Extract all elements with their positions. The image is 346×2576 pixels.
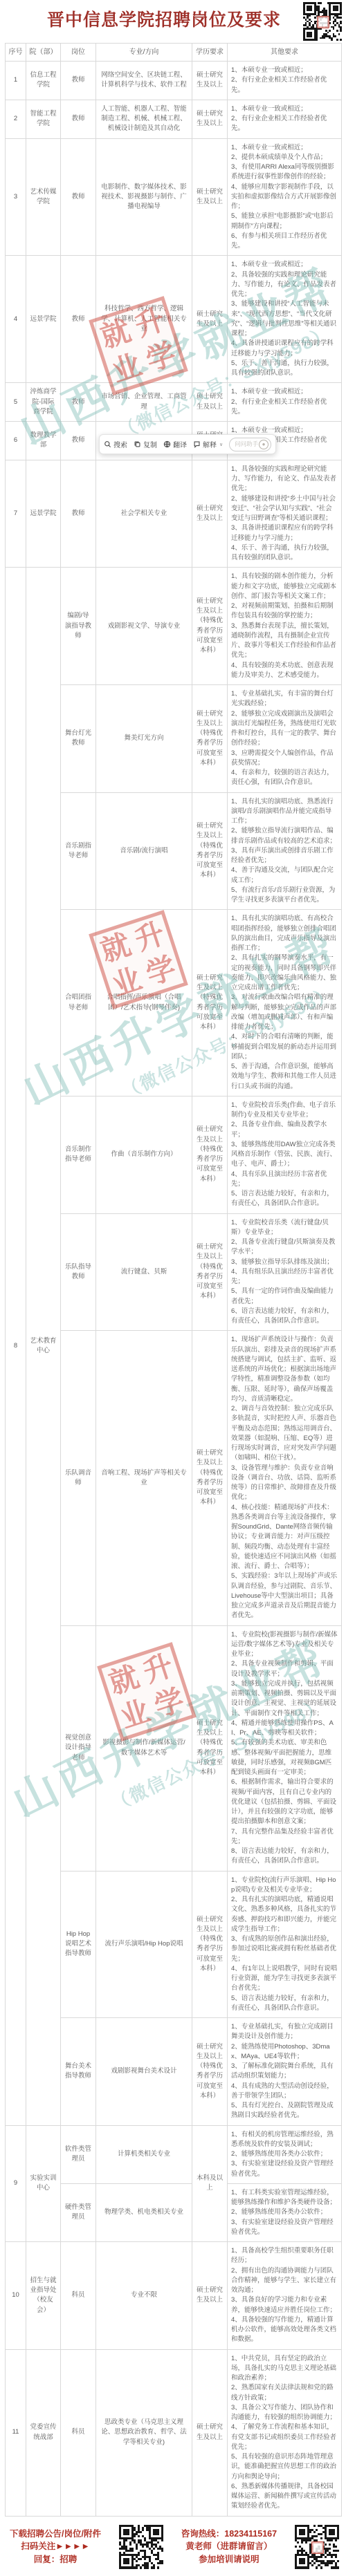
send-icon[interactable]: ● [259,440,268,449]
ask-ai-input[interactable]: 问问助手 ● [229,438,271,451]
toolbar-explain-button[interactable]: 解释 ∨ [193,439,223,449]
cell-requirements: 1、专业基础扎实，有丰富的舞台灯光实践经验；2、能够独立完成戏剧演出及演唱会演出… [228,685,342,793]
cell-edu: 硕士研究生及以上（特殊优秀者学历可放宽至本科） [192,2018,228,2126]
cell-no: 2 [6,100,26,138]
cell-position: 科员 [61,2349,96,2516]
cell-edu: 硕士研究生及以上 [192,100,228,138]
cell-position: 教师 [61,62,96,100]
cell-dept: 党委宣传统战部 [26,2349,61,2516]
cell-major: 思政类专业（马克思主义理论、思想政治教育、哲学、法学等相关专业) [96,2349,192,2516]
cell-no: 9 [6,2125,26,2242]
header-position: 岗位 [61,44,96,62]
cell-dept: 艺术传媒学院 [26,138,61,256]
footer-left-text: 下载招聘公告/岗位/附件 扫码关注►►►► 回复：招聘 [10,2528,101,2565]
table-row: 6 数理教学部 教师 搜索 复制 翻译 解释 [6,422,342,460]
cell-edu: 硕士研究生及以上 [192,138,228,256]
toolbar-explain-label: 解释 [203,439,217,449]
cell-major: 网络空间安全、区块链工程、计算机科学与技术、软件工程 [96,62,192,100]
cell-position: 教师 [61,422,96,460]
red-seal-icon [317,16,329,28]
cell-edu: 硕士研究生及以上（特殊优秀者学历可放宽至本科） [192,1096,228,1213]
cell-requirements: 1、本硕专业一致或相近；2、有行业企业相关工作经验者优先。 [228,62,342,100]
cell-dept: 信息工程学院 [26,62,61,100]
cell-position: 教师 [61,383,96,422]
cell-edu: 硕士研究生及以上（特殊优秀者学历可放宽至本科） [192,1213,228,1331]
cell-position: 音乐制作指导老师 [61,1096,96,1213]
cell-no: 10 [6,2242,26,2350]
cell-major: 科技哲学、西方哲学、逻辑学、计算机、人工智能相关专业 [96,256,192,383]
table-row: 1 信息工程学院 教师 网络空间安全、区块链工程、计算机科学与技术、软件工程 硕… [6,62,342,100]
cell-requirements: 1、现场扩声系统设计与操作：负责乐队演出、彩排及录音的现场扩声系统搭建与调试，包… [228,1331,342,1625]
cell-edu: 硕士研究生及以上 [192,460,228,568]
cell-edu: 硕士研究生及以上 [192,62,228,100]
cell-dept: 智能工程学院 [26,100,61,138]
footer-left-line3: 回复：招聘 [10,2553,101,2566]
cell-no: 8 [6,568,26,2125]
header-dept: 院（部） [26,44,61,62]
cell-edu: 硕士研究生及以上 [192,383,228,422]
cell-requirements: 1、具有扎实的演唱功底、熟悉流行演唱/音乐剧演唱作品并能完成指导工作；2、能够独… [228,792,342,910]
footer-left-line1: 下载招聘公告/岗位/附件 [10,2528,101,2540]
cell-position: 舞台美术指导教师 [61,2018,96,2126]
cell-position: 教师 [61,138,96,256]
table-row: 11 党委宣传统战部 科员 思政类专业（马克思主义理论、思想政治教育、哲学、法学… [6,2349,342,2516]
cell-position: 硬件类管理员 [61,2183,96,2241]
cell-edu: 硕士研究生及以上（特殊优秀者学历可放宽至本科） [192,568,228,685]
chevron-down-icon: ∨ [219,442,223,447]
cell-position: 舞台灯光教师 [61,685,96,793]
cell-no: 11 [6,2349,26,2516]
cell-major: 舞美灯光方向 [96,685,192,793]
cell-edu: 本科及以上 [192,2125,228,2242]
toolbar-translate-button[interactable]: 翻译 [163,439,187,449]
cell-requirements: 1、有相关的机房管理运维经验，熟悉系统及软件的安装及调试；2、能够熟练使用各类办… [228,2125,342,2183]
cell-edu: 硕士研究生及以上（特殊优秀者学历可放宽至本科） [192,685,228,793]
table-row: 4 远景学院 教师 科技哲学、西方哲学、逻辑学、计算机、人工智能相关专业 硕士研… [6,256,342,383]
cell-dept: 数理教学部 [26,422,61,460]
page-title: 晋中信息学院招聘岗位及要求 [47,6,281,31]
cell-edu: 硕士研究生及以上（特殊优秀者学历可放宽至本科） [192,1331,228,1625]
cell-requirements: 1、中共党员，具有坚定的政治立场，具备扎实的马克思主义理论基础和政治素养；2、熟… [228,2349,342,2516]
cell-requirements: 1、本硕专业一致或相近；2、有行业企业相关工作经验者优先。 [228,100,342,138]
toolbar-copy-button[interactable]: 复制 [134,439,157,449]
cell-edu: 硕士研究生及以上 [192,2349,228,2516]
table-row: 9 实验实训中心 软件类管理员 计算机类相关专业 本科及以上 1、有相关的机房管… [6,2125,342,2183]
cell-edu: 硕士研究生及以上 [192,256,228,383]
follow-qr-code [119,2525,163,2569]
header-no: 序号 [6,44,26,62]
footer: 下载招聘公告/岗位/附件 扫码关注►►►► 回复：招聘 咨询热线：1823411… [0,2517,346,2576]
cell-major: 电影制作、数字媒体技术、影视技术、影视摄影与制作、广播电视编导 [96,138,192,256]
search-icon [104,440,111,448]
header-education: 学历要求 [192,44,228,62]
cell-requirements: 1、专业基础扎实，有独立完成剧目舞美设计及创作能力；2、能熟练使用Photosh… [228,2018,342,2126]
cell-requirements: 1、有工科类实验室管理运维经验，能够熟练操作和维护各类硬件设备；2、能够熟练使用… [228,2183,342,2241]
cell-no: 1 [6,62,26,100]
cell-no: 4 [6,256,26,383]
cell-major: 影视摄影与制作/新媒体运营/数字媒体艺术等 [96,1625,192,1871]
cell-requirements: 1、专业院校音乐类（流行键盘/贝斯）专业毕业；2、具备专业流行键盘/贝斯演奏及教… [228,1213,342,1331]
announcement-qr-code [303,2,342,41]
cell-requirements: 1、专业院校音乐类(作曲、电子音乐制作)专业及相关专业毕业；2、具备专业作曲、编… [228,1096,342,1213]
translate-icon [163,440,171,448]
copy-icon [134,440,141,448]
footer-left-line2: 扫码关注►►►► [10,2540,101,2552]
cell-major: 人工智能、机器人工程、智能制造工程、机械、机械工程、机械设计制造及其自动化 [96,100,192,138]
cell-major: 音乐剧/流行演唱 [96,792,192,910]
toolbar-translate-label: 翻译 [173,439,187,449]
cell-position: 软件类管理员 [61,2125,96,2183]
contact-qr-code [295,2525,339,2569]
cell-requirements: 1、具有较强的剧本创作能力，分析能力和文字功底，能够独立完成剧本创作、部门报告等… [228,568,342,685]
cell-dept: 艺术教育中心 [26,568,61,2125]
cell-position: 教师 [61,256,96,383]
table-row: 2 智能工程学院 教师 人工智能、机器人工程、智能制造工程、机械、机械工程、机械… [6,100,342,138]
cell-position: 教师 [61,100,96,138]
cell-requirements: 1、本硕专业一致或相近；2、提供本硕成绩单及个人作品；3、有使用ARRI Ale… [228,138,342,256]
cell-position: 乐队指导教师 [61,1213,96,1331]
header-other: 其他要求 [228,44,342,62]
cell-position: Hip Hop说唱艺术指导教师 [61,1871,96,2018]
cell-position: 科员 [61,2242,96,2350]
red-seal-icon [311,2541,324,2554]
toolbar-search-label: 搜索 [113,439,127,449]
footer-contact: 黄老师（进群请留言） [181,2540,277,2552]
footer-hotline: 咨询热线：18234115167 [181,2528,277,2540]
cell-no: 7 [6,460,26,568]
cell-major: 作曲（音乐制作方向） [96,1096,192,1213]
cell-no: 6 [6,422,26,460]
cell-position: 编剧/导演指导教师 [61,568,96,685]
title-bar: 晋中信息学院招聘岗位及要求 [0,0,346,43]
cell-major: 物理学类、机电类相关专业 [96,2183,192,2241]
cell-major: 流行声乐演唱/Hip Hop说唱 [96,1871,192,2018]
cell-major: 戏剧影视文学、导演专业 [96,568,192,685]
footer-training-note: 参加培训请说明 [181,2553,277,2566]
chat-bubble-icon [193,440,201,448]
cell-dept: 远景学院 [26,460,61,568]
cell-position: 教师 [61,460,96,568]
cell-requirements: 1、专业院校(流行声乐演唱、Hip Hop说唱)专业及相关专业毕业；2、具有扎实… [228,1871,342,2018]
table-row: 5 淬炼商学院-国际商学院 教师 市场营销、企业管理、工商管理 硕士研究生及以上… [6,383,342,422]
cell-dept: 淬炼商学院-国际商学院 [26,383,61,422]
cell-requirements: 1、具备较强的实践和理论研究能力、写作能力，有论文、作品发表者优先；2、能够建设… [228,460,342,568]
cell-requirements: 1、具有扎实的演唱功底、有高校合唱团指挥经验，能够独立创排合唱团队的演出曲目，完… [228,910,342,1096]
cell-major: 音响工程、现场扩声等相关专业 [96,1331,192,1625]
cell-major: 戏剧影视舞台美术设计 [96,2018,192,2126]
cell-position: 视觉创意设计指导老师 [61,1625,96,1871]
cell-dept: 实验实训中心 [26,2125,61,2242]
table-row: 3 艺术传媒学院 教师 电影制作、数字媒体技术、影视技术、影视摄影与制作、广播电… [6,138,342,256]
toolbar-copy-label: 复制 [143,439,157,449]
cell-requirements: 1、本硕专业一致或相近；2、具备较强的实践和理论研究能力、写作能力，有论文、作品… [228,256,342,383]
table-row: 10 招生与就业指导处（校友会） 科员 专业不限 硕士研究生及以上 1、具备高校… [6,2242,342,2350]
selection-toolbar: 搜索 复制 翻译 解释 ∨ 问问助手 ● [99,434,276,454]
cell-no: 3 [6,138,26,256]
cell-major: 社会学相关专业 [96,460,192,568]
header-major: 专业/方向 [96,44,192,62]
toolbar-search-button[interactable]: 搜索 [104,439,127,449]
recruitment-table: 序号 院（部） 岗位 专业/方向 学历要求 其他要求 1 信息工程学院 教师 网… [5,43,342,2517]
cell-edu: 硕士研究生及以上（特殊优秀者学历可放宽至本科） [192,1625,228,1871]
cell-major: 市场营销、企业管理、工商管理 [96,383,192,422]
qr-pattern [119,2525,163,2569]
ask-ai-placeholder: 问问助手 [235,440,258,449]
cell-position: 合唱团指导老师 [61,910,96,1096]
cell-edu: 硕士研究生及以上（特殊优秀者学历可放宽至本科） [192,1871,228,2018]
cell-requirements: 1、本硕专业一致或相近；2、有行业企业相关工作经验者优先。 [228,383,342,422]
footer-right-text: 咨询热线：18234115167 黄老师（进群请留言） 参加培训请说明 [181,2528,277,2565]
table-row: 8 艺术教育中心 编剧/导演指导教师 戏剧影视文学、导演专业 硕士研究生及以上（… [6,568,342,685]
cell-major: 流行键盘、贝斯 [96,1213,192,1331]
cell-edu: 硕士研究生及以上（特殊优秀者学历可放宽至本科） [192,910,228,1096]
cell-position: 音乐剧指导老师 [61,792,96,910]
cell-dept: 远景学院 [26,256,61,383]
cell-requirements: 1、具备高校学生组织重要职务任职经历；2、拥有出色的沟通协调能力与团队合作精神，… [228,2242,342,2350]
cell-major: 合唱指挥/声乐演唱（合唱团）/艺术指导(钢琴伴奏) [96,910,192,1096]
cell-dept: 招生与就业指导处（校友会） [26,2242,61,2350]
table-header-row: 序号 院（部） 岗位 专业/方向 学历要求 其他要求 [6,44,342,62]
cell-major: 计算机类相关专业 [96,2125,192,2183]
cell-edu: 硕士研究生及以上 [192,2242,228,2350]
cell-no: 5 [6,383,26,422]
cell-position: 乐队调音师 [61,1331,96,1625]
cell-major: 专业不限 [96,2242,192,2350]
cell-major: 搜索 复制 翻译 解释 ∨ 问问助手 ● [96,422,192,460]
cell-edu: 硕士研究生及以上（特殊优秀者学历可放宽至本科） [192,792,228,910]
cell-requirements: 1、专业院校(影视摄影与制作/新媒体运营/数字媒体艺术等)专业及相关专业毕业；2… [228,1625,342,1871]
table-row: 7 远景学院 教师 社会学相关专业 硕士研究生及以上 1、具备较强的实践和理论研… [6,460,342,568]
